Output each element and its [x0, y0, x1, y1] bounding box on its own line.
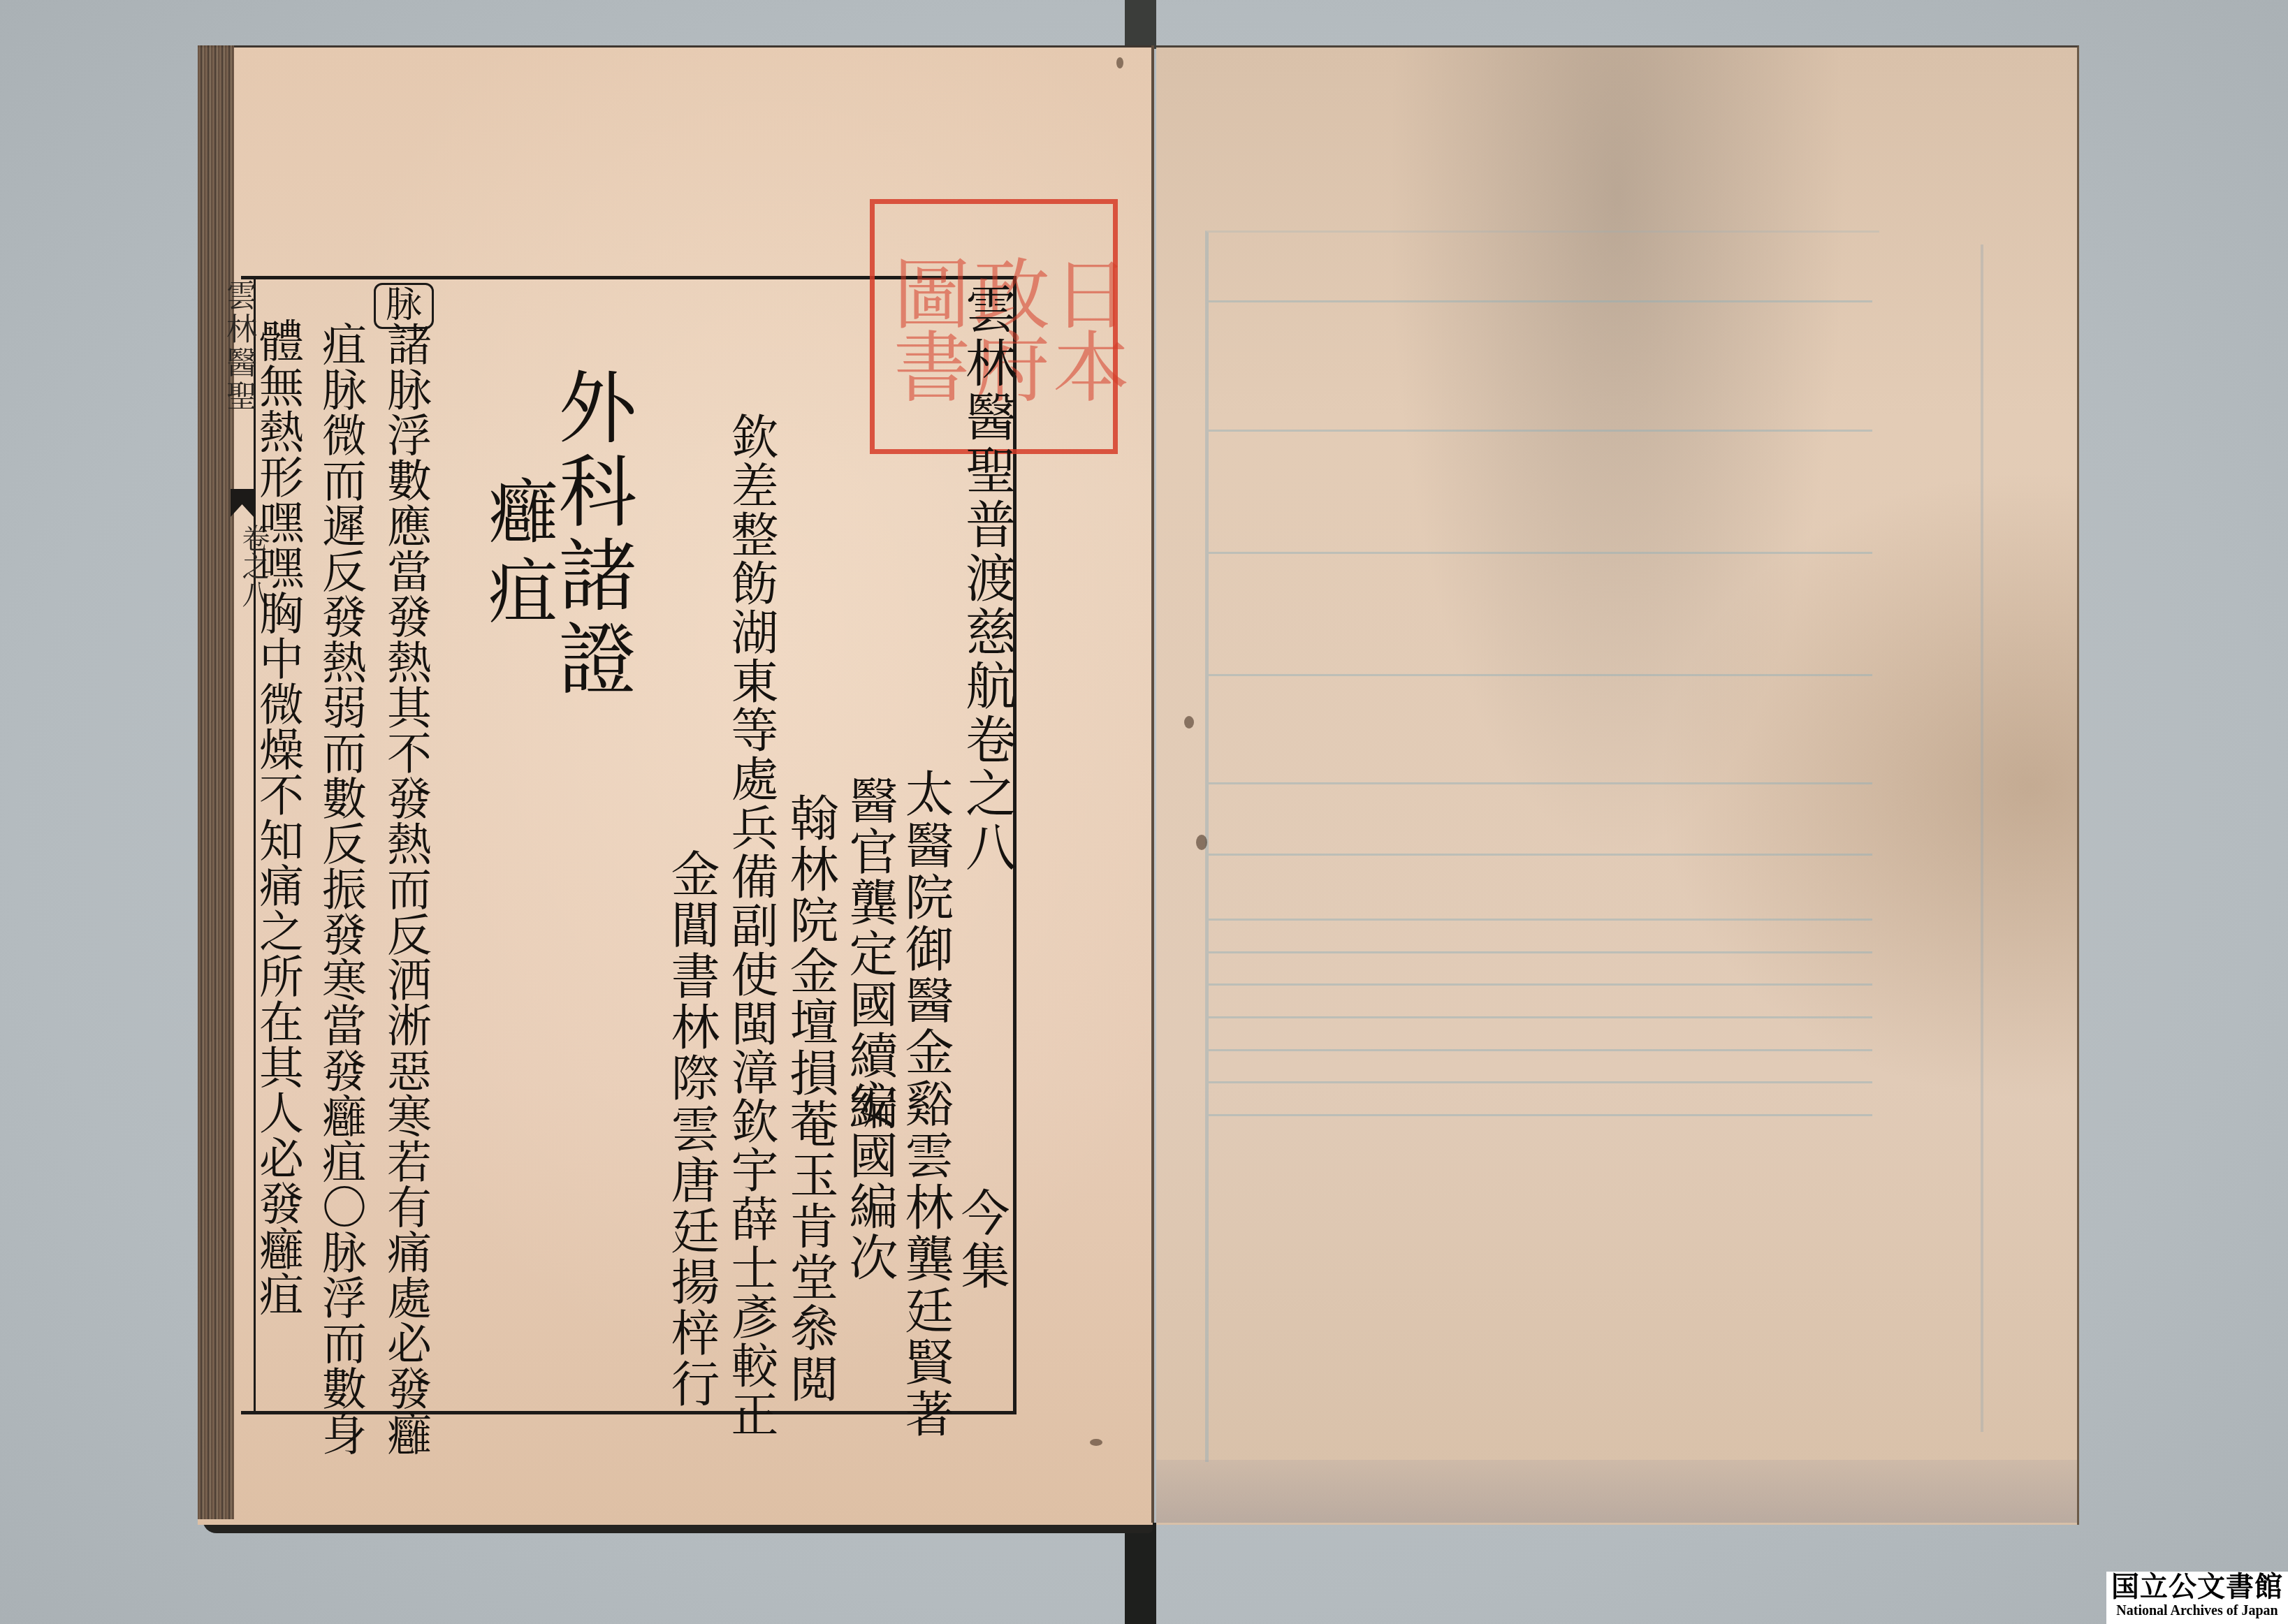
credit-reviewer: 翰林院金壇損菴玉肯堂叅閲: [786, 793, 835, 1405]
show-through-rule: [1209, 430, 1872, 432]
right-page-bottom-discoloration: [1156, 1460, 2077, 1523]
show-through-rule: [1209, 983, 1872, 986]
show-through-rule-vertical: [1981, 244, 1983, 1432]
archive-watermark: 国立公文書館 National Archives of Japan: [2106, 1572, 2288, 1624]
binding-spine-top: [1125, 0, 1156, 49]
wormhole: [1116, 57, 1123, 68]
show-through-rule: [1209, 1114, 1872, 1116]
wormhole: [1196, 835, 1207, 850]
show-through-rule: [1209, 854, 1872, 856]
credit-corrector: 欽差整飭湖東等處兵備副使閩漳欽宇薛士彥較正: [727, 412, 774, 1439]
show-through-frame: [1205, 231, 1879, 1462]
show-through-rule: [1209, 300, 1872, 302]
body-text-column-3: 體無熱形嘿嘿胸中微燥不知痛之所在其人必發癰疽: [255, 318, 300, 1317]
seal-column-left: 圖書: [887, 217, 964, 437]
banxin-title: 雲林醫聖: [234, 279, 254, 414]
watermark-japanese: 国立公文書館: [2106, 1572, 2288, 1602]
show-through-rule: [1209, 919, 1872, 921]
section-heading: 外科諸證: [552, 367, 630, 702]
body-text-column-1: 諸脉浮數應當發熱其不發熱而反洒淅惡寒若有痛處必發癰: [383, 321, 428, 1456]
wormhole: [1090, 1439, 1102, 1446]
body-text-column-2: 疽脉微而遲反發熱弱而數反振發寒當發癰疽〇脉浮而數身: [318, 321, 363, 1456]
show-through-rule: [1209, 951, 1872, 953]
show-through-rule: [1209, 674, 1872, 676]
show-through-rule: [1209, 1049, 1872, 1051]
gutter-fold: [1151, 45, 1154, 1523]
show-through-rule: [1209, 1016, 1872, 1018]
show-through-rule: [1209, 552, 1872, 554]
credit-author: 太醫院御醫金谿雲林龔廷賢著: [901, 768, 950, 1440]
credit-editor: 安國編次: [845, 1079, 894, 1283]
show-through-rule: [1209, 1081, 1872, 1083]
binding-spine-bottom: [1125, 1523, 1156, 1624]
stacked-page-edges: [198, 45, 234, 1519]
wormhole: [1184, 716, 1194, 729]
credit-collection-note: 今集: [957, 1187, 1006, 1294]
show-through-rule: [1209, 782, 1872, 784]
book-title-line: 雲林醫聖普渡慈航卷之八: [961, 283, 1012, 875]
seal-column-right: 日本: [1047, 217, 1123, 437]
watermark-english: National Archives of Japan: [2106, 1602, 2288, 1619]
subsection-heading: 癰疽: [482, 475, 552, 634]
credit-publisher: 金閶書林際雲唐廷揚梓行: [667, 849, 716, 1410]
